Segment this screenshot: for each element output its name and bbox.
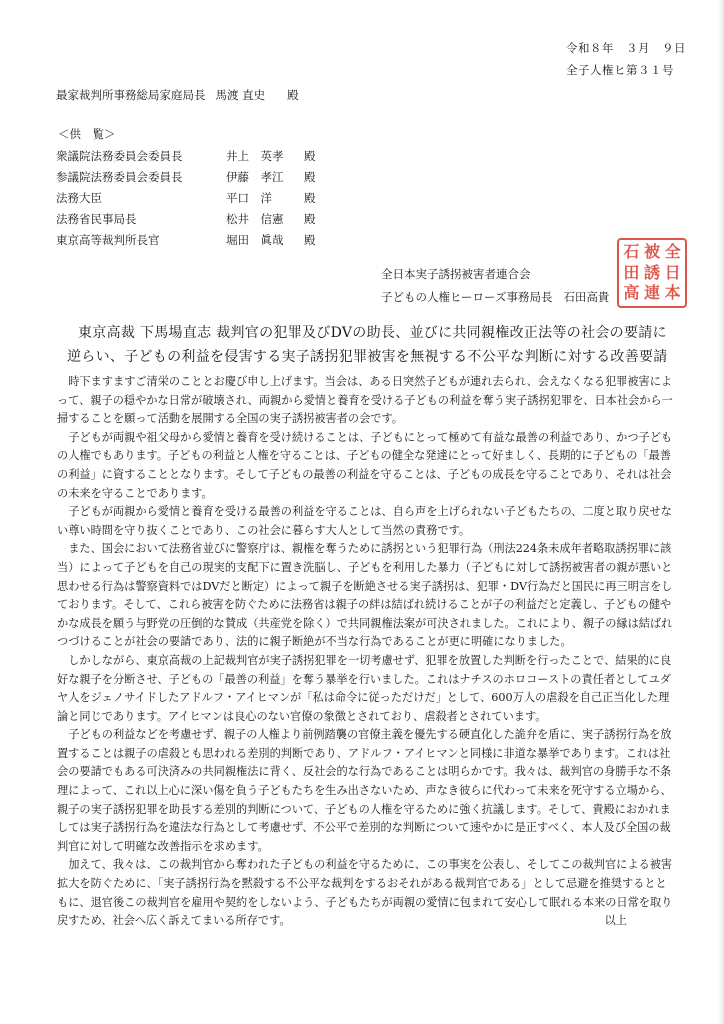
cc-recipient-title: 参議院法務委員会委員長 — [56, 169, 226, 185]
body-paragraph: 子どもの利益などを考慮せず、親子の人権より前例踏襲の官僚主義を優先する硬直化した… — [57, 726, 677, 856]
cc-recipient-title: 東京高等裁判所長官 — [56, 232, 226, 248]
subject-line-1: 東京高裁 下馬場直志 裁判官の犯罪及びDVの助長、並びに共同親権改正法等の社会の… — [78, 322, 667, 342]
addressee-title: 最家裁判所事務総局家庭局長 — [56, 88, 206, 102]
addressee-name: 馬渡 直史 — [216, 88, 266, 102]
cc-recipient-suffix: 殿 — [304, 149, 316, 163]
seal-char: 石 — [621, 242, 642, 263]
document-page: 令和８年 ３月 ９日 全子人権ヒ第３１号 最家裁判所事務総局家庭局長馬渡 直史殿… — [0, 0, 724, 1024]
body-paragraph: 子どもが両親や祖父母から愛情と養育を受け続けることは、子どもにとって極めて有益な… — [57, 429, 677, 503]
red-seal-stamp-icon: 石 被 全 田 誘 日 高 連 本 — [617, 238, 687, 308]
seal-char: 連 — [642, 283, 663, 304]
cc-recipient-title: 法務大臣 — [56, 190, 226, 206]
seal-char: 全 — [662, 242, 683, 263]
body-paragraph: 子どもが両親から愛情と養育を受ける最善の利益を守ることは、自ら声を上げられない子… — [57, 503, 677, 540]
seal-char: 誘 — [642, 263, 663, 284]
cc-heading: ＜供 覧＞ — [58, 126, 116, 142]
letter-body: 時下ますますご清栄のこととお慶び申し上げます。当会は、ある日突然子どもが連れ去ら… — [57, 373, 677, 931]
body-paragraph: しかしながら、東京高裁の上記裁判官が実子誘拐犯罪を一切考慮せず、犯罪を放置した判… — [57, 652, 677, 726]
seal-char: 高 — [621, 283, 642, 304]
cc-recipient-suffix: 殿 — [304, 233, 316, 247]
seal-char: 田 — [621, 263, 642, 284]
cc-recipient-name: 井上 英孝 — [226, 148, 304, 164]
cc-recipient: 法務省民事局長松井 信憲殿 — [56, 211, 316, 231]
sender-position: 子どもの人権ヒーローズ事務局長 — [381, 290, 552, 304]
cc-recipient-title: 衆議院法務委員会委員長 — [56, 148, 226, 164]
addressee: 最家裁判所事務総局家庭局長馬渡 直史殿 — [56, 87, 299, 103]
cc-recipient-name: 松井 信憲 — [226, 211, 304, 227]
seal-char: 本 — [662, 283, 683, 304]
cc-recipient: 衆議院法務委員会委員長井上 英孝殿 — [56, 148, 316, 168]
sender-name: 石田高貴 — [563, 290, 609, 304]
sender-organization: 全日本実子誘拐被害者連合会 — [381, 266, 531, 282]
subject-line-2: 逆らい、子どもの利益を侵害する実子誘拐犯罪被害を無視する不公平な判断に対する改善… — [67, 346, 668, 366]
cc-recipient-suffix: 殿 — [304, 191, 316, 205]
sender-signature: 子どもの人権ヒーローズ事務局長 石田高貴 — [381, 289, 609, 305]
cc-recipient-suffix: 殿 — [304, 170, 316, 184]
document-date: 令和８年 ３月 ９日 — [566, 40, 686, 56]
cc-recipient-suffix: 殿 — [304, 212, 316, 226]
body-paragraph: また、国会において法務省並びに警察庁は、親権を奪うために誘拐という犯罪行為（刑法… — [57, 540, 677, 652]
body-paragraph: 時下ますますご清栄のこととお慶び申し上げます。当会は、ある日突然子どもが連れ去ら… — [57, 373, 677, 429]
cc-recipient: 法務大臣平口 洋殿 — [56, 190, 316, 210]
cc-recipient-name: 堀田 眞哉 — [226, 232, 304, 248]
seal-char: 日 — [662, 263, 683, 284]
cc-recipient-title: 法務省民事局長 — [56, 211, 226, 227]
cc-recipient-name: 伊藤 孝江 — [226, 169, 304, 185]
addressee-suffix: 殿 — [287, 88, 299, 102]
cc-recipient: 東京高等裁判所長官堀田 眞哉殿 — [56, 232, 316, 252]
page-edge-shadow — [718, 0, 724, 1024]
seal-char: 被 — [642, 242, 663, 263]
cc-recipient-name: 平口 洋 — [226, 190, 304, 206]
document-number: 全子人権ヒ第３１号 — [566, 62, 674, 78]
cc-recipient: 参議院法務委員会委員長伊藤 孝江殿 — [56, 169, 316, 189]
